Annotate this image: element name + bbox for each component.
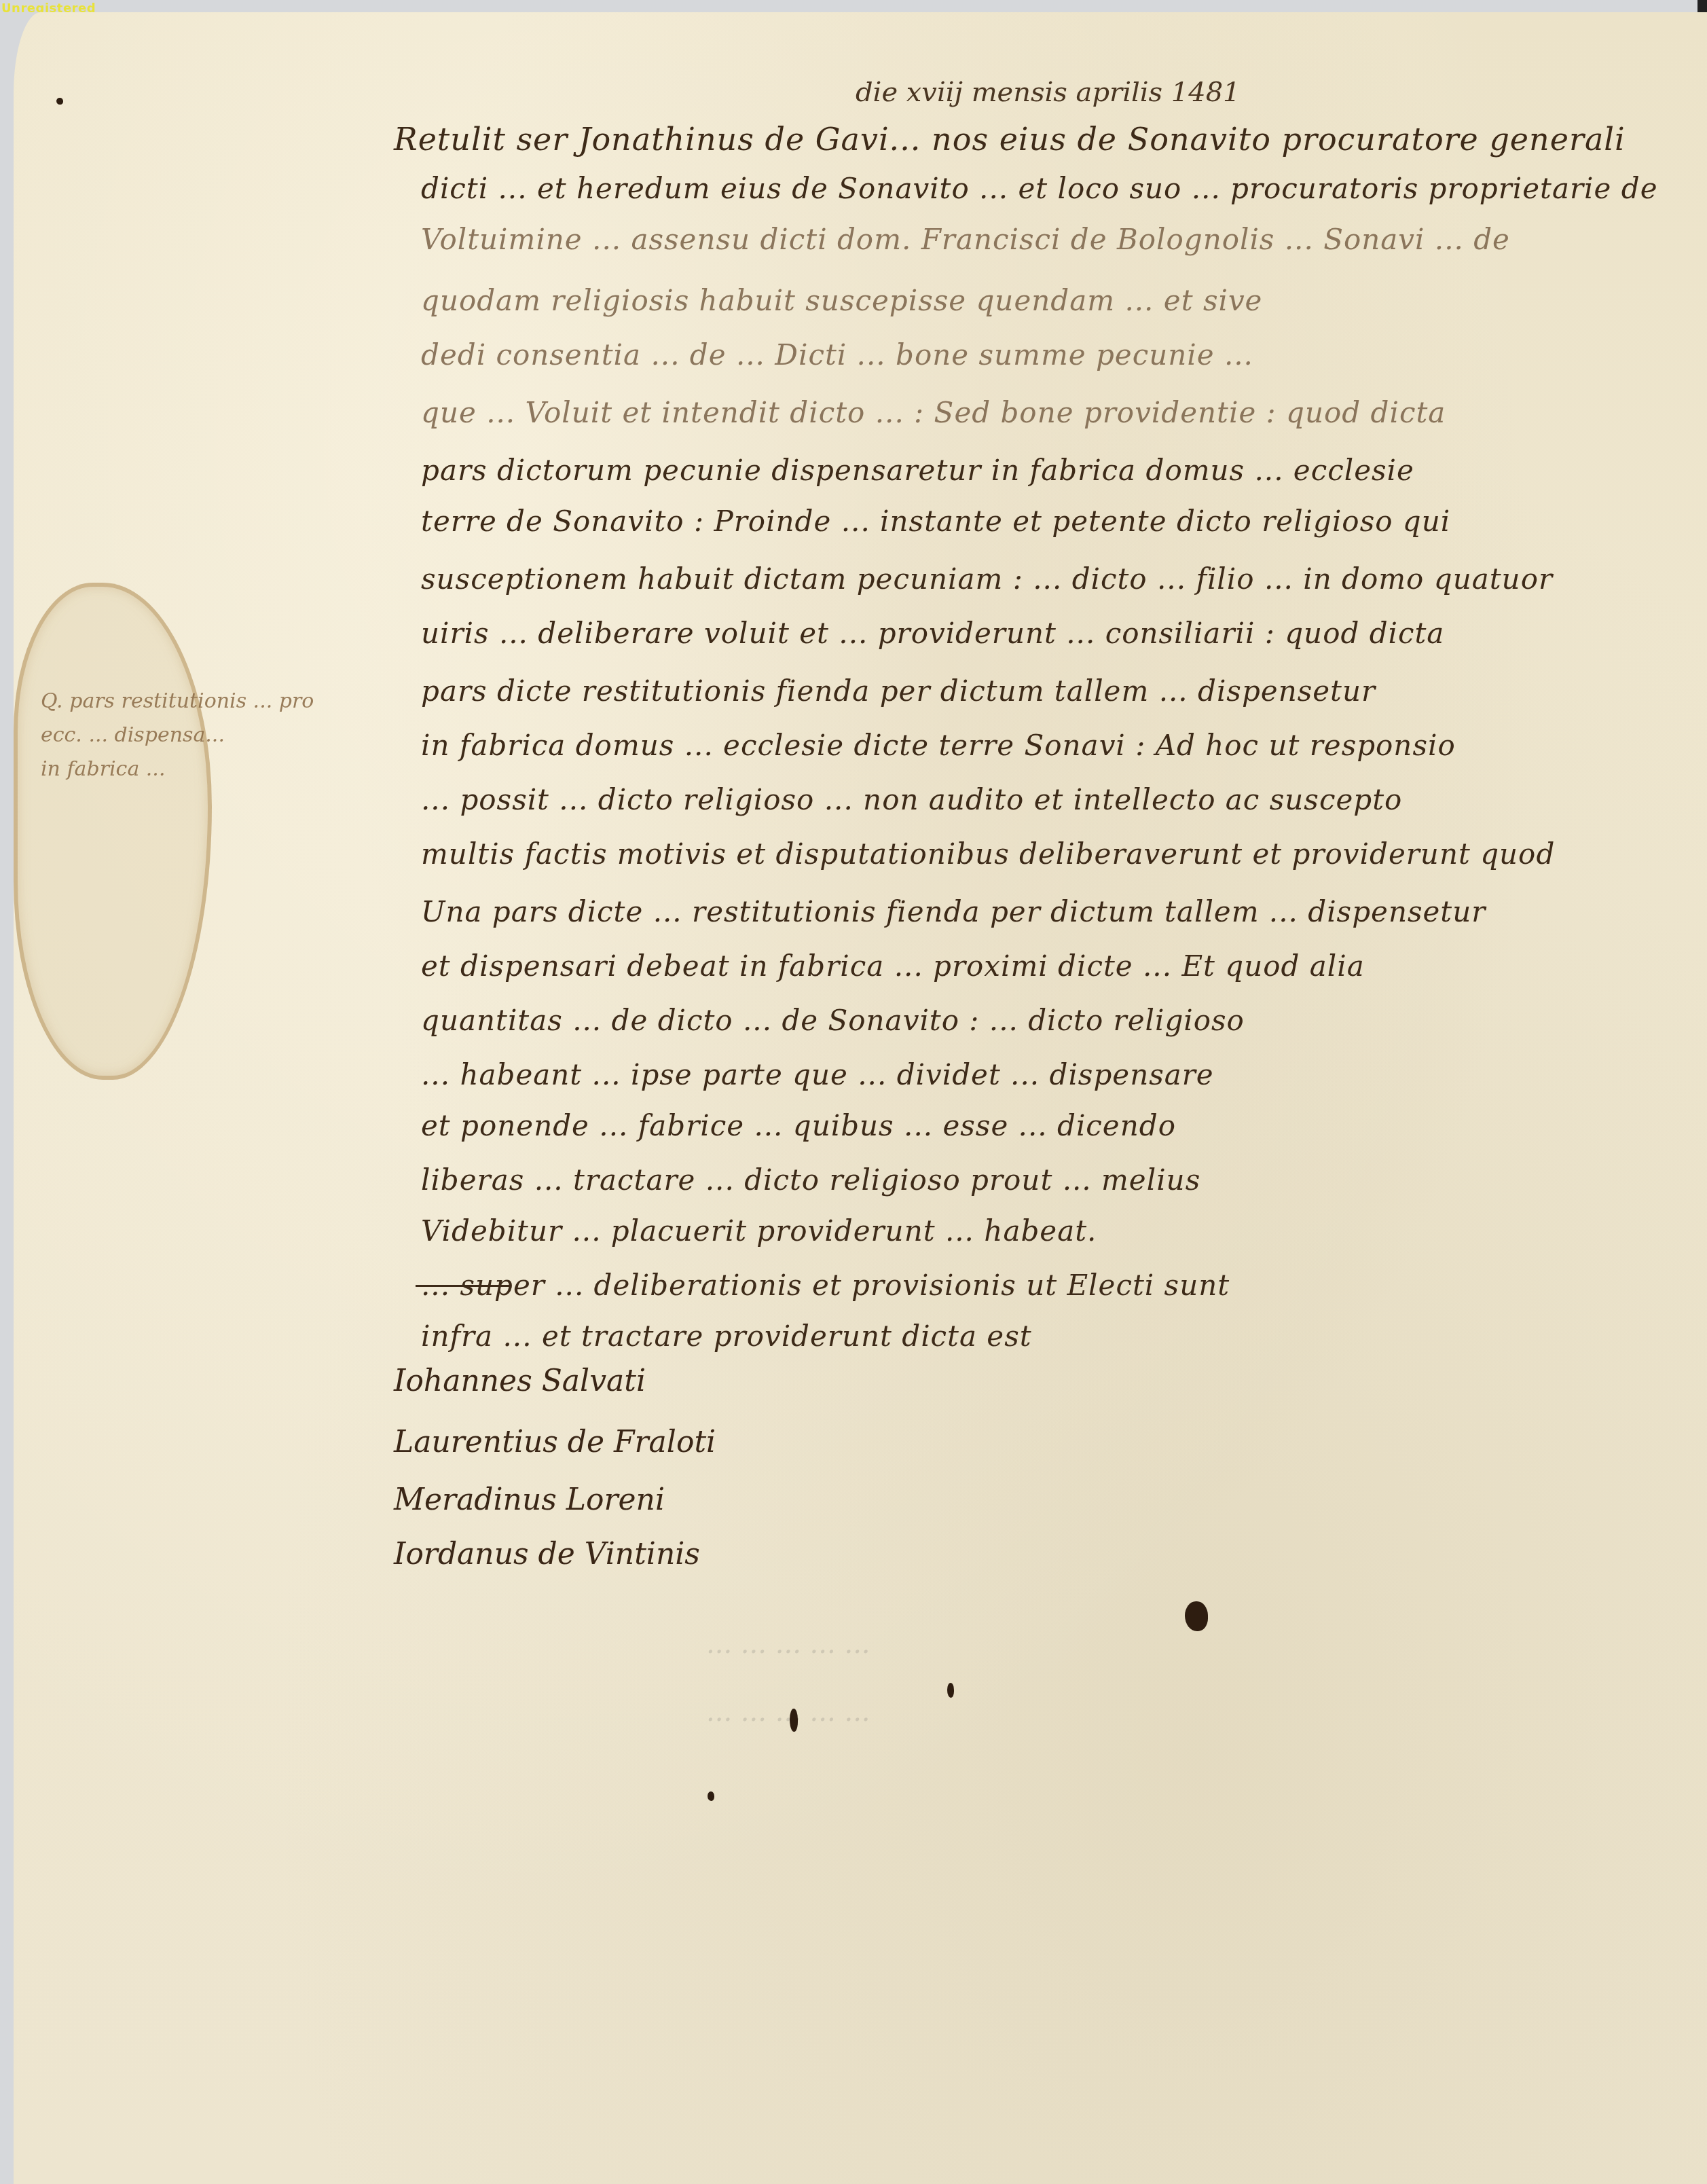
body-line: Videbitur ... placuerit providerunt ... …: [421, 1214, 1097, 1248]
body-line: susceptionem habuit dictam pecuniam : ..…: [421, 562, 1553, 596]
ink-blot: [56, 98, 63, 105]
margin-note-line: in fabrica ...: [41, 752, 326, 786]
bleed-through-text: ... ... ... ... ...: [706, 1696, 870, 1728]
signature-line: Meradinus Loreni: [394, 1482, 665, 1517]
date-heading: die xviij mensis aprilis 1481: [856, 77, 1241, 108]
margin-note: Q. pars restitutionis ... pro ecc. ... d…: [41, 685, 326, 786]
ink-blot: [947, 1683, 954, 1698]
water-stain: [14, 583, 212, 1080]
ink-blot: [1185, 1601, 1208, 1631]
body-line: quantitas ... de dicto ... de Sonavito :…: [421, 1004, 1245, 1037]
ink-blot: [708, 1791, 714, 1801]
body-line: ... habeant ... ipse parte que ... divid…: [421, 1058, 1214, 1091]
body-line: multis factis motivis et disputationibus…: [421, 837, 1555, 871]
body-line: uiris ... deliberare voluit et ... provi…: [421, 617, 1444, 650]
body-line: ... possit ... dicto religioso ... non a…: [421, 783, 1402, 816]
body-line: dedi consentia ... de ... Dicti ... bone…: [421, 338, 1253, 371]
body-line: liberas ... tractare ... dicto religioso…: [421, 1163, 1200, 1197]
body-line: que ... Voluit et intendit dicto ... : S…: [421, 396, 1446, 429]
body-line: pars dicte restitutionis fienda per dict…: [421, 674, 1376, 708]
signature-line: Iordanus de Vintinis: [394, 1537, 700, 1571]
body-line: ... super ... deliberationis et provisio…: [421, 1269, 1230, 1302]
body-line: dicti ... et heredum eius de Sonavito ..…: [421, 172, 1658, 205]
signature-line: Iohannes Salvati: [394, 1364, 646, 1398]
margin-note-line: Q. pars restitutionis ... pro: [41, 685, 326, 718]
body-line: quodam religiosis habuit suscepisse quen…: [421, 284, 1262, 317]
body-line: Voltuimine ... assensu dicti dom. Franci…: [421, 223, 1510, 256]
manuscript-page: Q. pars restitutionis ... pro ecc. ... d…: [14, 12, 1707, 2184]
body-line: Una pars dicte ... restitutionis fienda …: [421, 895, 1486, 928]
body-line: Retulit ser Jonathinus de Gavi... nos ei…: [394, 121, 1626, 158]
ink-blot: [790, 1709, 798, 1732]
bleed-through-text: ... ... ... ... ...: [706, 1628, 870, 1660]
body-line: in fabrica domus ... ecclesie dicte terr…: [421, 729, 1456, 762]
body-line: infra ... et tractare providerunt dicta …: [421, 1319, 1032, 1353]
body-line: et dispensari debeat in fabrica ... prox…: [421, 949, 1365, 983]
signature-line: Laurentius de Fraloti: [394, 1425, 716, 1459]
margin-note-line: ecc. ... dispensa...: [41, 718, 326, 752]
body-line: et ponende ... fabrice ... quibus ... es…: [421, 1109, 1176, 1142]
body-line: terre de Sonavito : Proinde ... instante…: [421, 505, 1450, 538]
body-line: pars dictorum pecunie dispensaretur in f…: [421, 454, 1414, 487]
